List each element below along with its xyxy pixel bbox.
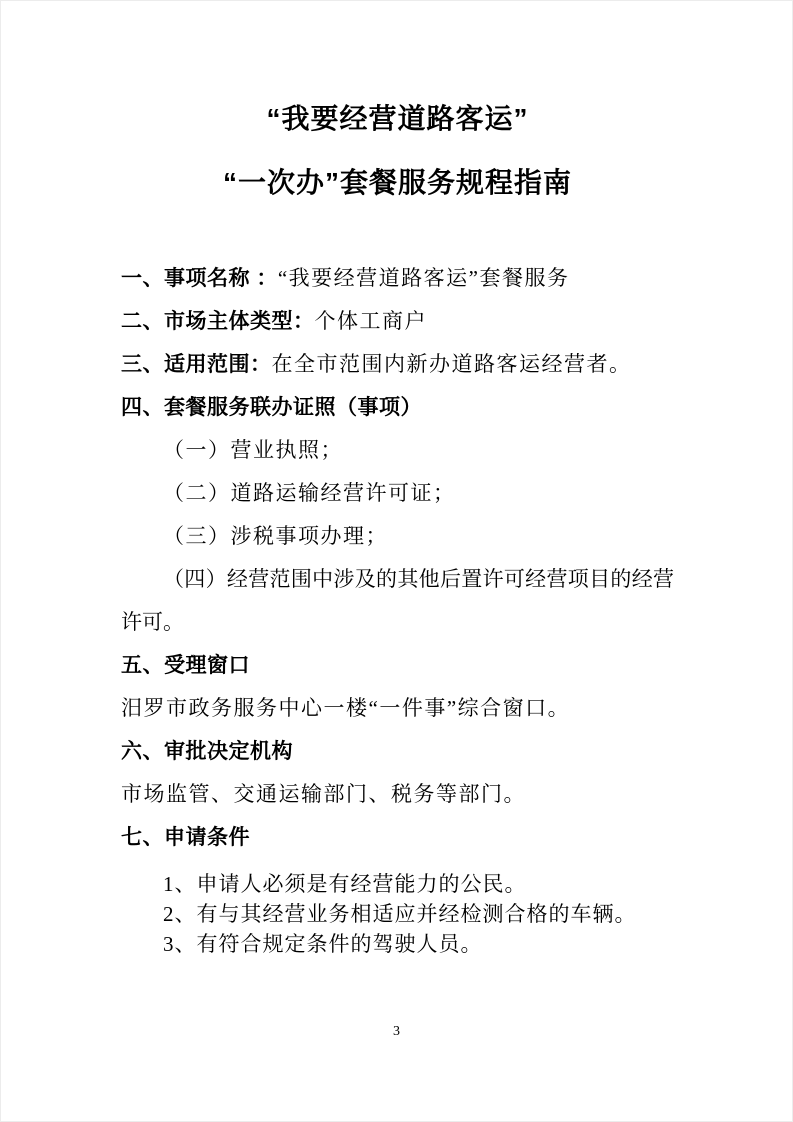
section-3-heading: 三、适用范围：: [121, 353, 272, 376]
condition-3: 3、有符合规定条件的驾驶人员。: [121, 929, 674, 959]
section-5-paragraph: 汨罗市政务服务中心一楼“一件事”综合窗口。: [121, 687, 674, 730]
condition-1: 1、申请人必须是有经营能力的公民。: [121, 869, 674, 899]
document-title-line1: “我要经营道路客运”: [121, 101, 674, 137]
section-1-heading: 一、事项名称 ：: [121, 267, 278, 290]
section-5-heading: 五、受理窗口: [121, 644, 674, 687]
document-body: 一、事项名称 ：“我要经营道路客运”套餐服务 二、市场主体类型：个体工商户 三、…: [121, 257, 674, 959]
section-2-market-entity-type: 二、市场主体类型：个体工商户: [121, 300, 674, 343]
section-4-sub-items: （一）营业执照； （二）道路运输经营许可证； （三）涉税事项办理； （四）经营范…: [121, 429, 674, 644]
sub-item-business-license: （一）营业执照；: [121, 429, 674, 472]
document-title-line2: “一次办”套餐服务规程指南: [121, 165, 674, 201]
section-7-conditions-list: 1、申请人必须是有经营能力的公民。 2、有与其经营业务相适应并经检测合格的车辆。…: [121, 869, 674, 959]
section-7-heading: 七、申请条件: [121, 816, 674, 859]
sub-item-other-permits: （四）经营范围中涉及的其他后置许可经营项目的经营许可。: [121, 558, 674, 644]
document-page: “我要经营道路客运” “一次办”套餐服务规程指南 一、事项名称 ：“我要经营道路…: [0, 0, 793, 1122]
condition-2: 2、有与其经营业务相适应并经检测合格的车辆。: [121, 899, 674, 929]
section-3-value: 在全市范围内新办道路客运经营者。: [272, 352, 632, 376]
sub-item-road-transport-permit: （二）道路运输经营许可证；: [121, 472, 674, 515]
section-1-value: “我要经营道路客运”套餐服务: [278, 266, 570, 290]
page-number: 3: [1, 1023, 792, 1041]
section-2-value: 个体工商户: [315, 309, 428, 333]
section-6-heading: 六、审批决定机构: [121, 730, 674, 773]
section-3-scope: 三、适用范围：在全市范围内新办道路客运经营者。: [121, 343, 674, 386]
sub-item-tax-matters: （三）涉税事项办理；: [121, 515, 674, 558]
section-1-item-name: 一、事项名称 ：“我要经营道路客运”套餐服务: [121, 257, 674, 300]
section-2-heading: 二、市场主体类型：: [121, 310, 315, 333]
section-4-heading: 四、套餐服务联办证照（事项）: [121, 386, 674, 429]
section-6-paragraph: 市场监管、交通运输部门、税务等部门。: [121, 773, 674, 816]
